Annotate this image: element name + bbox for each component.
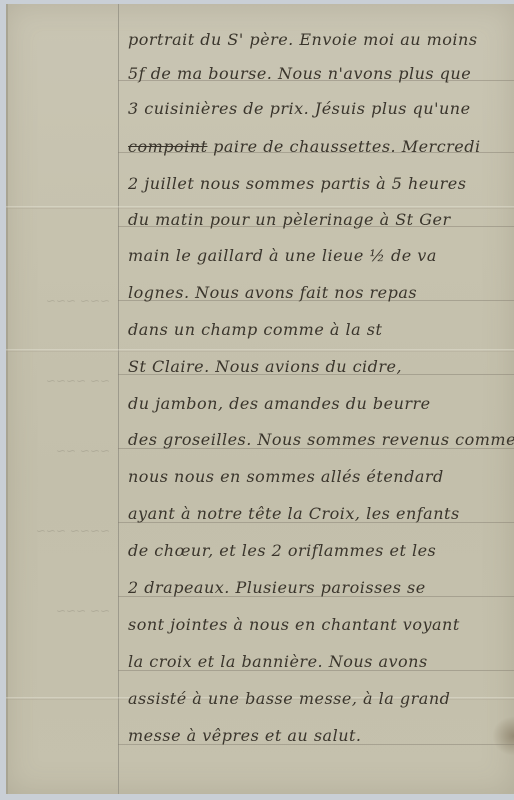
manuscript-page: ~~~ ~~~ ~~ ~~~~ ~~~ ~~ ~~~~ ~~~ ~~ ~~~ p… <box>6 4 514 794</box>
text-line: du matin pour un pèlerinage à St Ger <box>128 210 514 240</box>
text-line-rest: paire de chaussettes. Mercredi <box>208 137 481 156</box>
bleed-through-text: ~~~~ ~~~ <box>20 524 110 538</box>
text-line: portrait du S' père. Envoie moi au moins <box>128 30 514 60</box>
text-line: des groseilles. Nous sommes revenus comm… <box>128 430 514 460</box>
text-line: sont jointes à nous en chantant voyant <box>128 615 514 645</box>
text-line: de chœur, et les 2 oriflammes et les <box>128 541 514 571</box>
text-line: St Claire. Nous avions du cidre, <box>128 357 514 387</box>
text-line: 2 juillet nous sommes partis à 5 heures <box>128 174 514 204</box>
text-line: main le gaillard à une lieue ½ de va <box>128 246 514 276</box>
bleed-through-text: ~~~ ~~ <box>20 444 110 458</box>
page-edge <box>6 4 8 794</box>
text-line: 2 drapeaux. Plusieurs paroisses se <box>128 578 514 608</box>
text-line: 5f de ma bourse. Nous n'avons plus que <box>128 64 514 94</box>
text-line: lognes. Nous avons fait nos repas <box>128 283 514 313</box>
struck-word: compoint <box>128 137 208 156</box>
bleed-through-text: ~~ ~~~~ <box>20 374 110 388</box>
text-line: dans un champ comme à la st <box>128 320 514 350</box>
text-line: la croix et la bannière. Nous avons <box>128 652 514 682</box>
text-line: nous nous en sommes allés étendard <box>128 467 514 497</box>
bleed-through-text: ~~~ ~~~ <box>20 294 110 308</box>
margin-rule <box>118 4 119 794</box>
text-line: assisté à une basse messe, à la grand <box>128 689 514 719</box>
text-line: messe à vêpres et au salut. <box>128 726 514 756</box>
text-line: compoint paire de chaussettes. Mercredi <box>128 137 514 167</box>
paper-fold <box>6 206 514 209</box>
text-line: 3 cuisinières de prix. Jésuis plus qu'un… <box>128 99 514 129</box>
bleed-through-text: ~~ ~~~ <box>20 604 110 618</box>
text-line: du jambon, des amandes du beurre <box>128 394 514 424</box>
text-line: ayant à notre tête la Croix, les enfants <box>128 504 514 534</box>
